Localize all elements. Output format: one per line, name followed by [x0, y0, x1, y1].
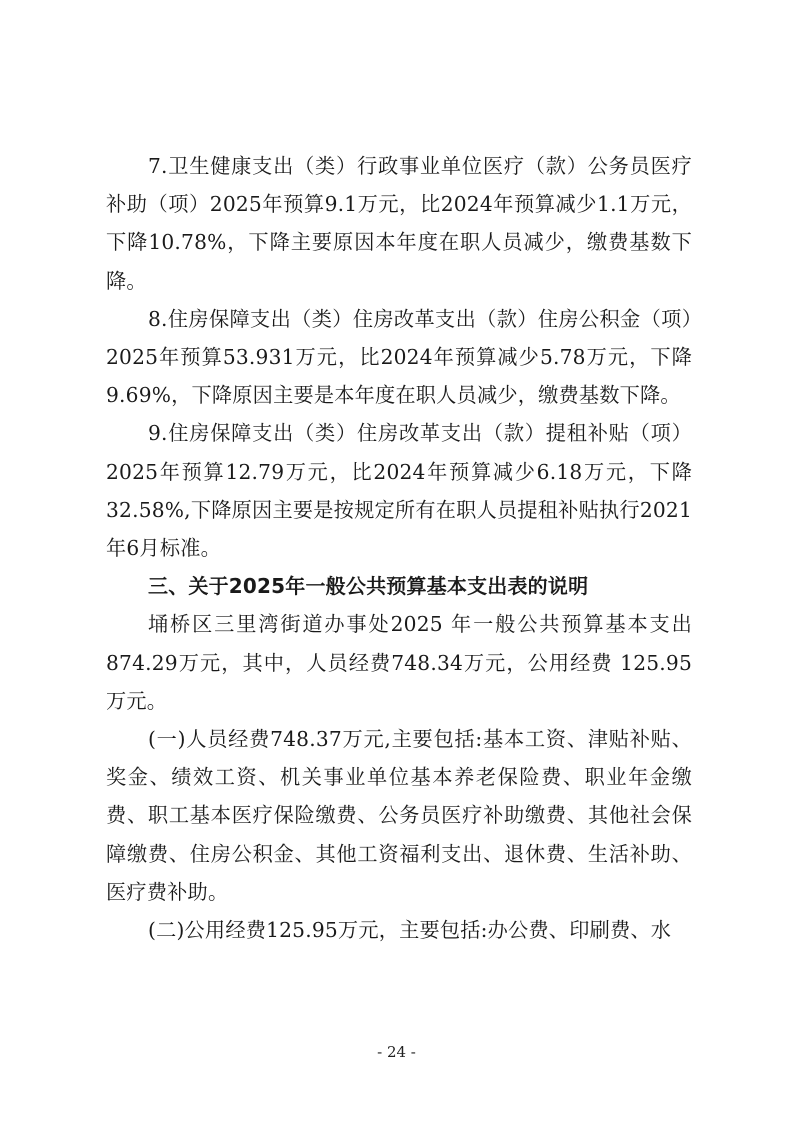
- section-heading-basic-expenditure: 三、关于2025年一般公共预算基本支出表的说明: [106, 567, 692, 605]
- document-page-body: 7.卫生健康支出（类）行政事业单位医疗（款）公务员医疗补助（项）2025年预算9…: [106, 147, 692, 949]
- paragraph-item-8-housing-fund: 8.住房保障支出（类）住房改革支出（款）住房公积金（项）2025年预算53.93…: [106, 300, 692, 415]
- page-number: - 24 -: [0, 1043, 793, 1061]
- paragraph-public-expenses: (二)公用经费125.95万元，主要包括:办公费、印刷费、水: [106, 911, 692, 949]
- paragraph-item-7-health-expenditure: 7.卫生健康支出（类）行政事业单位医疗（款）公务员医疗补助（项）2025年预算9…: [106, 147, 692, 300]
- paragraph-item-9-rent-subsidy: 9.住房保障支出（类）住房改革支出（款）提租补贴（项）2025年预算12.79万…: [106, 414, 692, 567]
- paragraph-personnel-expenses: (一)人员经费748.37万元,主要包括:基本工资、津贴补贴、奖金、绩效工资、机…: [106, 720, 692, 911]
- paragraph-basic-expenditure-summary: 埇桥区三里湾街道办事处2025 年一般公共预算基本支出874.29万元，其中，人…: [106, 605, 692, 720]
